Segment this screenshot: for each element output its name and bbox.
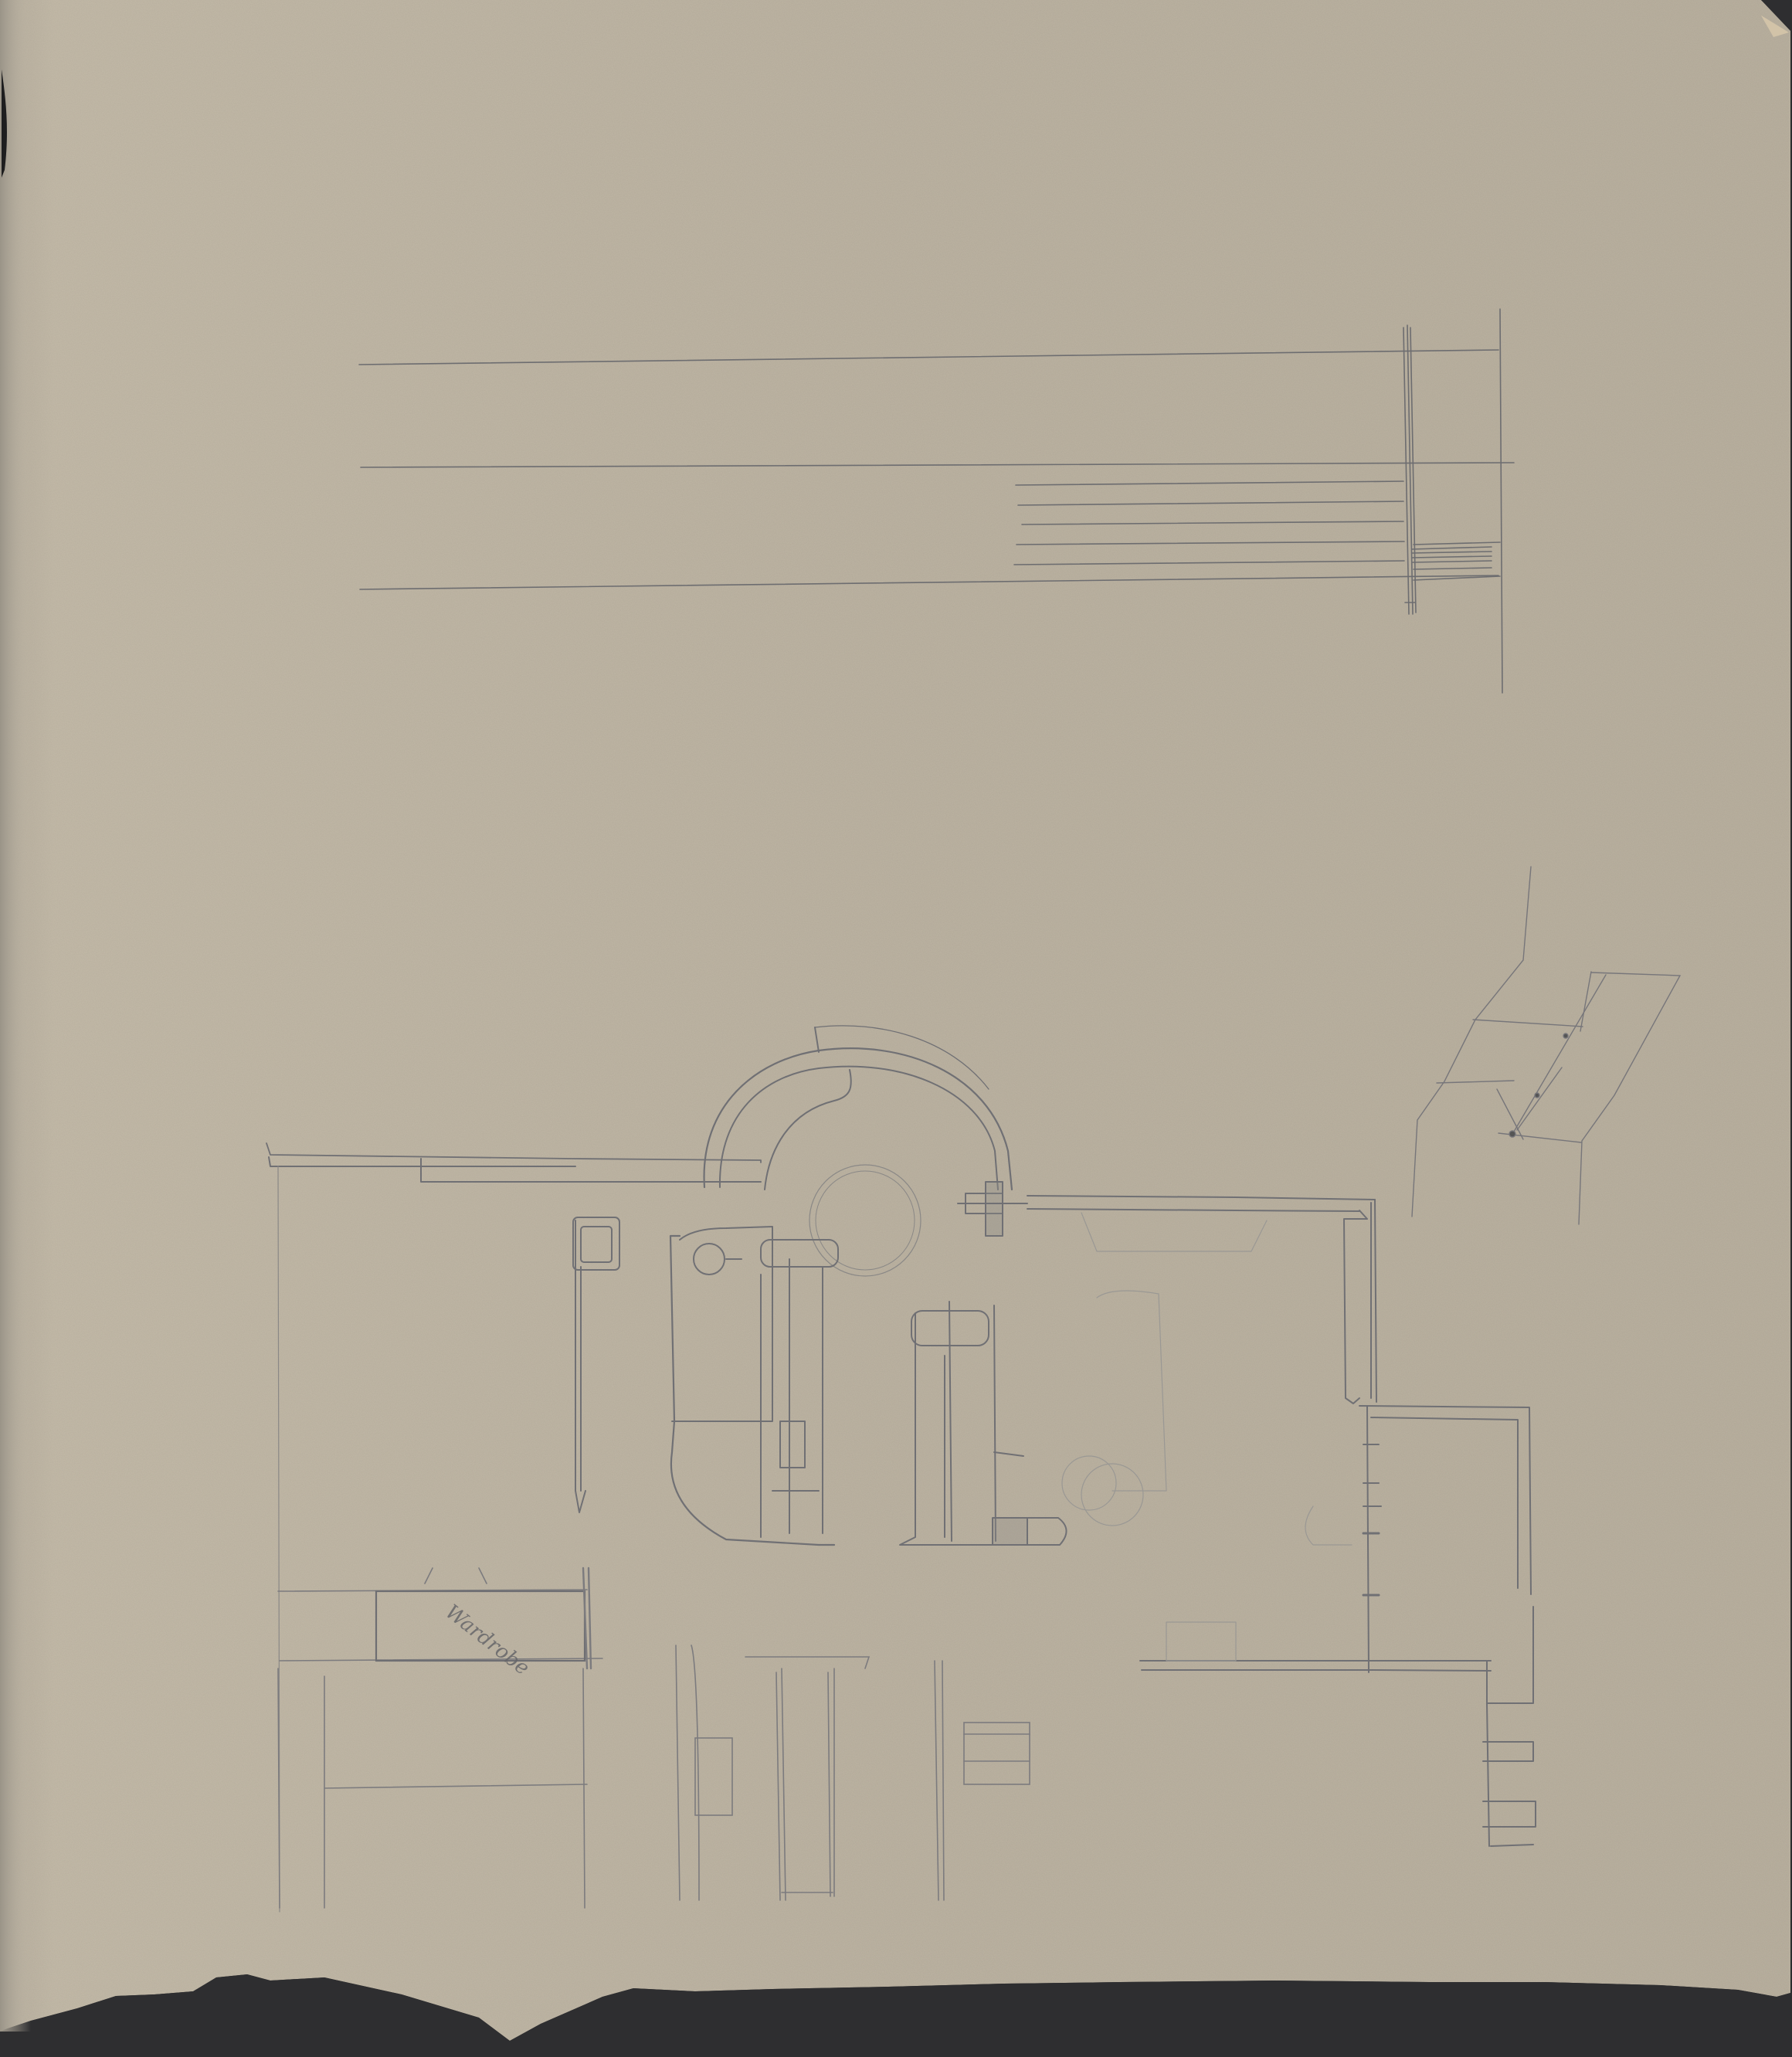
torn-edge-backing [0, 1974, 1792, 2057]
left-edge-shade [0, 0, 31, 2032]
sketch-sheet: Wardrobe [0, 0, 1792, 2057]
paper-grain [0, 0, 1792, 2057]
sketch-canvas: Wardrobe [0, 0, 1792, 2057]
